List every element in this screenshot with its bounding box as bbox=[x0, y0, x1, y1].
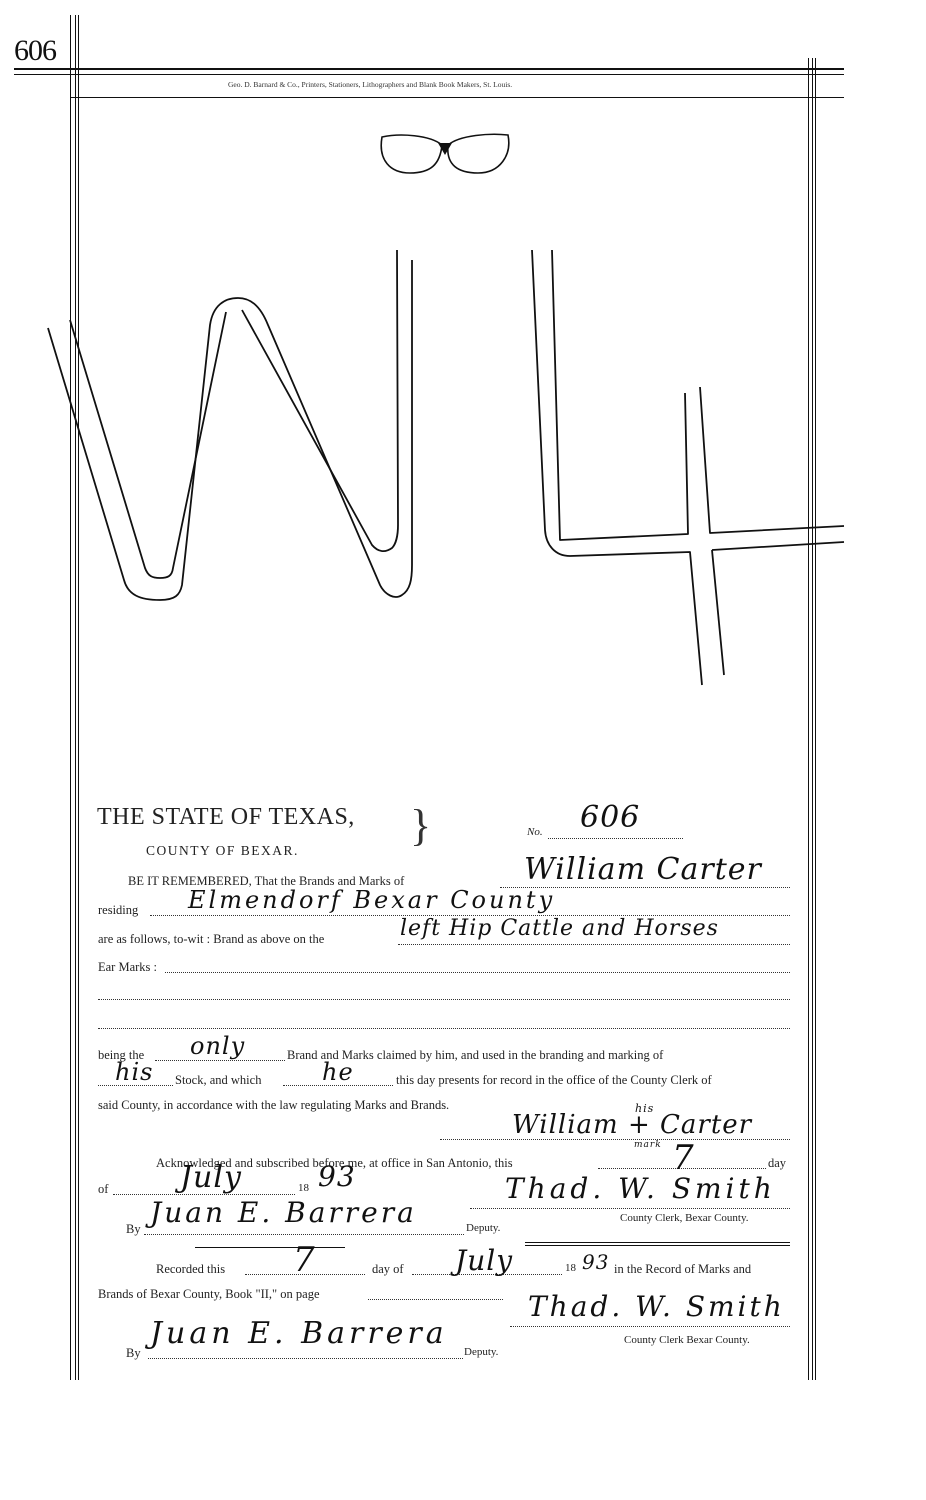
printer-imprint: Geo. D. Barnard & Co., Printers, Station… bbox=[228, 80, 512, 89]
rec-day: 7 bbox=[293, 1240, 316, 1280]
clerk-title-1: County Clerk, Bexar County. bbox=[620, 1212, 749, 1224]
page-number: 606 bbox=[14, 34, 56, 68]
left-margin-rule-inner-2 bbox=[78, 15, 79, 1380]
clerk-signature-1: Thad. W. Smith bbox=[505, 1172, 776, 1205]
stock-text: Stock, and which bbox=[175, 1073, 261, 1088]
separator-rule-left bbox=[195, 1247, 345, 1248]
brace-icon: } bbox=[410, 800, 431, 851]
deputy-signature-1: Juan E. Barrera bbox=[150, 1196, 417, 1229]
ear-marks-label: Ear Marks : bbox=[98, 960, 157, 975]
residence-value: Elmendorf Bexar County bbox=[188, 886, 555, 914]
deputy-label-2: Deputy. bbox=[464, 1346, 498, 1358]
deputy-line-1 bbox=[144, 1234, 464, 1235]
he-value: he bbox=[322, 1058, 354, 1086]
day-label: day bbox=[768, 1156, 786, 1171]
by-label-2: By bbox=[126, 1346, 141, 1361]
said-county-text: said County, in accordance with the law … bbox=[98, 1098, 449, 1113]
only-line bbox=[155, 1060, 285, 1061]
clerk-signature-line-1 bbox=[470, 1208, 790, 1209]
separator-rule-right-2 bbox=[525, 1245, 790, 1246]
ear-marks-line-3 bbox=[98, 1028, 790, 1029]
header-rule-top bbox=[14, 68, 844, 70]
of-label: of bbox=[98, 1182, 108, 1197]
residing-label: residing bbox=[98, 903, 138, 918]
by-label-1: By bbox=[126, 1222, 141, 1237]
state-heading: THE STATE OF TEXAS, bbox=[97, 804, 355, 831]
left-margin-rule bbox=[70, 15, 71, 1380]
presents-text: this day presents for record in the offi… bbox=[396, 1073, 712, 1088]
day-of-label: day of bbox=[372, 1262, 404, 1277]
his-mark-bottom: mark bbox=[634, 1140, 662, 1150]
owner-signature: William + Carter bbox=[512, 1110, 752, 1140]
year-prefix: 18 bbox=[298, 1182, 309, 1194]
clerk-signature-2: Thad. W. Smith bbox=[528, 1290, 785, 1323]
deputy-label-1: Deputy. bbox=[466, 1222, 500, 1234]
page-line bbox=[368, 1299, 503, 1300]
ack-month: July bbox=[180, 1160, 242, 1195]
separator-rule-right bbox=[525, 1242, 790, 1243]
recorded-label: Recorded this bbox=[156, 1262, 225, 1277]
ack-year: 93 bbox=[318, 1160, 356, 1193]
header-rule-mid bbox=[14, 74, 844, 75]
clerk-signature-line-2 bbox=[510, 1326, 790, 1327]
his-value: his bbox=[115, 1058, 153, 1086]
owner-name: William Carter bbox=[524, 852, 762, 887]
rec-month: July bbox=[455, 1244, 513, 1277]
deputy-signature-2: Juan E. Barrera bbox=[150, 1316, 448, 1351]
record-number: 606 bbox=[580, 800, 640, 835]
ear-marks-line-2 bbox=[98, 999, 790, 1000]
rec-year-prefix: 18 bbox=[565, 1262, 576, 1274]
ear-mark-icon bbox=[370, 125, 520, 185]
brand-icon bbox=[0, 250, 926, 690]
brand-location-line bbox=[398, 944, 790, 945]
header-rule-bottom bbox=[70, 97, 844, 98]
brand-location: left Hip Cattle and Horses bbox=[400, 916, 719, 941]
follows-label: are as follows, to-wit : Brand as above … bbox=[98, 932, 324, 947]
left-margin-rule-inner bbox=[75, 15, 76, 1380]
number-line bbox=[548, 838, 683, 839]
number-label: No. bbox=[527, 826, 543, 838]
ear-marks-line-1 bbox=[165, 972, 790, 973]
record-text: in the Record of Marks and bbox=[614, 1262, 751, 1277]
county-heading: COUNTY OF BEXAR. bbox=[146, 843, 299, 859]
deputy-line-2 bbox=[148, 1358, 463, 1359]
brands-book-text: Brands of Bexar County, Book "II," on pa… bbox=[98, 1287, 320, 1302]
rec-year: 93 bbox=[582, 1250, 609, 1274]
only-value: only bbox=[190, 1032, 245, 1060]
clerk-title-2: County Clerk Bexar County. bbox=[624, 1334, 750, 1346]
